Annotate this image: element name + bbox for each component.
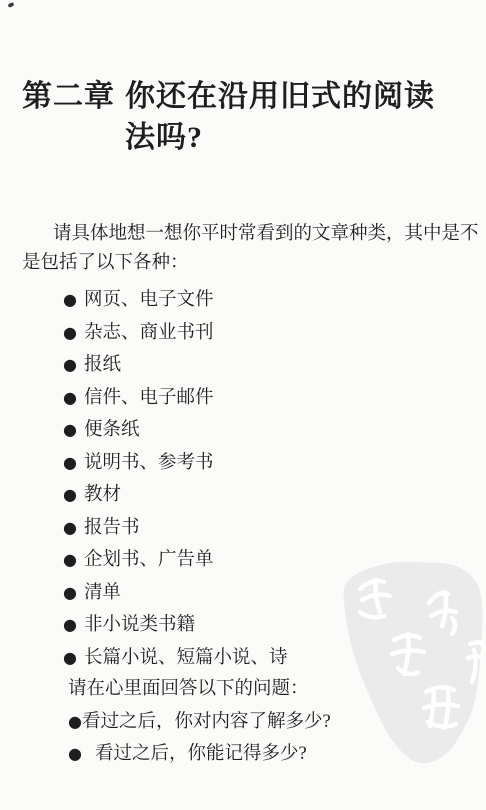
bullet-icon: ●: [63, 388, 77, 407]
bullet-icon: ●: [68, 744, 82, 763]
list-item-text: 清单: [84, 583, 121, 603]
list-item: ●非小说类书籍: [63, 609, 480, 642]
bullet-icon: ●: [63, 290, 77, 309]
list-item-text: 杂志、商业书刊: [84, 323, 214, 343]
chapter-number: 第二章: [22, 76, 115, 117]
bullet-icon: ●: [63, 550, 77, 569]
list-item-text: 便条纸: [84, 420, 140, 440]
list-item: ●说明书、参考书: [63, 447, 480, 480]
list-item-text: 企划书、广告单: [84, 550, 214, 570]
bullet-icon: ●: [63, 615, 77, 634]
list-item-text: 报纸: [84, 355, 121, 375]
list-item-text: 教材: [84, 485, 121, 505]
list-item: ●清单: [63, 577, 480, 610]
list-item-text: 长篇小说、短篇小说、诗: [84, 648, 288, 668]
bullet-icon: ●: [63, 518, 77, 537]
bullet-icon: ●: [63, 648, 77, 667]
questions-section: 请在心里面回答以下的问题： ●看过之后，你对内容了解多少? ●看过之后，你能记得…: [22, 674, 480, 771]
question-text: 看过之后，你对内容了解多少?: [82, 712, 331, 732]
intro-paragraph: 请具体地想一想你平时常看到的文章种类，其中是不是包括了以下各种：: [22, 220, 480, 278]
list-item-text: 网页、电子文件: [84, 290, 214, 310]
list-item: ●杂志、商业书刊: [63, 317, 480, 350]
list-item-text: 非小说类书籍: [84, 615, 195, 635]
bullet-icon: ●: [63, 583, 77, 602]
list-item-text: 说明书、参考书: [84, 453, 214, 473]
list-item: ●教材: [63, 479, 480, 512]
bullet-icon: ●: [63, 355, 77, 374]
list-item: ●长篇小说、短篇小说、诗: [63, 642, 480, 675]
bullet-icon: ●: [63, 420, 77, 439]
book-page: 第二章 你还在沿用旧式的阅读法吗? 请具体地想一想你平时常看到的文章种类，其中是…: [0, 0, 486, 810]
question-item: ●看过之后，你对内容了解多少?: [68, 706, 480, 739]
bullet-icon: ●: [63, 485, 77, 504]
reading-types-list: ●网页、电子文件 ●杂志、商业书刊 ●报纸 ●信件、电子邮件 ●便条纸 ●说明书…: [22, 284, 480, 674]
list-item-text: 信件、电子邮件: [84, 388, 214, 408]
list-item: ●企划书、广告单: [63, 544, 480, 577]
bullet-icon: ●: [63, 323, 77, 342]
chapter-heading: 第二章 你还在沿用旧式的阅读法吗?: [22, 76, 480, 158]
question-item: ●看过之后，你能记得多少?: [68, 738, 480, 771]
bullet-icon: ●: [63, 453, 77, 472]
list-item: ●信件、电子邮件: [63, 382, 480, 415]
list-item: ●便条纸: [63, 414, 480, 447]
list-item: ●网页、电子文件: [63, 284, 480, 317]
chapter-title: 你还在沿用旧式的阅读法吗?: [125, 76, 450, 158]
list-item: ●报告书: [63, 512, 480, 545]
page-content: 第二章 你还在沿用旧式的阅读法吗? 请具体地想一想你平时常看到的文章种类，其中是…: [22, 76, 480, 771]
question-text: 看过之后，你能记得多少?: [95, 744, 307, 764]
list-item: ●报纸: [63, 349, 480, 382]
list-item-text: 报告书: [84, 518, 140, 538]
questions-intro: 请在心里面回答以下的问题：: [68, 674, 480, 706]
scan-speck: [8, 2, 15, 8]
bullet-icon: ●: [68, 712, 82, 731]
